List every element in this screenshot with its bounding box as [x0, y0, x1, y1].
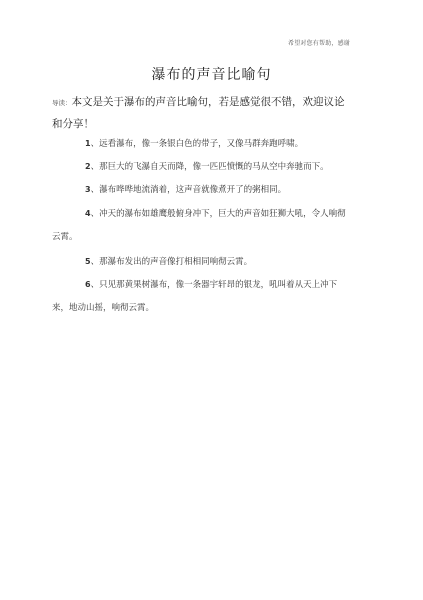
intro-paragraph: 导读：本文是关于瀑布的声音比喻句，若是感觉很不错，欢迎议论和分享！ — [52, 92, 352, 135]
list-item: 6、只见那黄果树瀑布，像一条器宇轩昂的银龙，吼叫着从天上冲下来，地动山摇，响彻云… — [52, 273, 352, 320]
list-item: 5、那瀑布发出的声音像打相相同响彻云霄。 — [52, 250, 385, 274]
item-text: 远看瀑布，像一条银白色的带子，又像马群奔跑呼啸。 — [99, 139, 303, 149]
header-note: 希望对您有帮助，感谢 — [288, 38, 350, 47]
item-text: 那巨大的飞瀑自天而降，像一匹匹愤慨的马从空中奔驰而下。 — [99, 162, 329, 172]
list-item: 3、瀑布哗哗地流淌着，这声音就像煮开了的粥相同。 — [52, 178, 385, 202]
item-text: 瀑布哗哗地流淌着，这声音就像煮开了的粥相同。 — [99, 185, 286, 195]
item-separator: 、 — [91, 280, 100, 290]
list-item: 1、远看瀑布，像一条银白色的带子，又像马群奔跑呼啸。 — [52, 132, 385, 156]
intro-lead-label: 导读： — [52, 99, 72, 107]
item-separator: 、 — [91, 162, 100, 172]
item-text: 那瀑布发出的声音像打相相同响彻云霄。 — [99, 257, 252, 267]
item-separator: 、 — [91, 257, 100, 267]
list-item: 4、冲天的瀑布如雄鹰般俯身冲下，巨大的声音如狂狮大吼，令人响彻云霄。 — [52, 202, 352, 249]
item-separator: 、 — [91, 185, 100, 195]
item-separator: 、 — [91, 139, 100, 149]
document-title: 瀑布的声音比喻句 — [0, 64, 423, 84]
intro-text: 本文是关于瀑布的声音比喻句，若是感觉很不错，欢迎议论和分享！ — [52, 96, 345, 130]
list-item: 2、那巨大的飞瀑自天而降，像一匹匹愤慨的马从空中奔驰而下。 — [52, 155, 385, 179]
item-separator: 、 — [91, 209, 100, 219]
